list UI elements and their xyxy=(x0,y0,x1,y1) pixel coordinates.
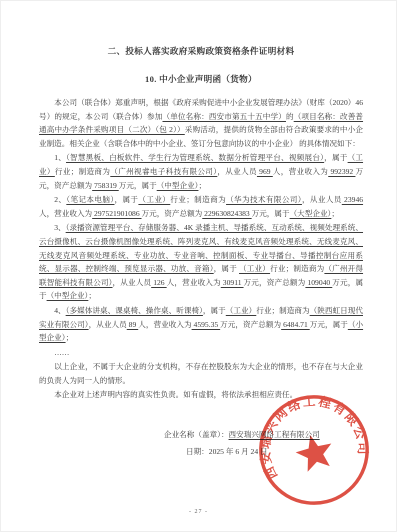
document-content: 二、投标人落实政府采购政策资格条件证明材料 10. 中小企业声明函（货物） 本公… xyxy=(39,45,363,460)
text-segment: 758319 xyxy=(92,181,119,190)
doc-title: 10. 中小企业声明函（货物） xyxy=(39,73,363,85)
text-segment: （中型企业） xyxy=(47,291,89,300)
company-name: 西安瑞兴网络工程有限公司 xyxy=(229,430,320,439)
text-segment: 万元，资产总额为 xyxy=(220,320,281,329)
text-segment: 人，营业收入为 xyxy=(273,167,328,176)
text-segment: （广州视睿电子科技有限公司） xyxy=(110,167,217,176)
date-line: 日期：2025 年 6 月 24 日 xyxy=(164,443,363,460)
text-segment: （多媒体讲桌、课桌椅、操作桌、听课椅） xyxy=(66,306,203,315)
text-segment: （单位名称：西安市第五十五中学） xyxy=(162,112,285,121)
company-name-label: 企业名称（盖章）： xyxy=(164,430,229,439)
text-segment: 969 xyxy=(257,167,273,176)
text-segment: 行业；制造商为 xyxy=(270,264,324,273)
item-paragraph-1: 1、（智慧黑板、白板软件、学生行为管理系统、数据分析管理平台、视频展台），属于（… xyxy=(39,151,363,192)
text-segment: （大型企业） xyxy=(290,209,332,218)
item-paragraph-2: 2、（笔记本电脑），属于（工业）行业；制造商为（华为技术有限公司），从业人员 2… xyxy=(39,193,363,220)
text-segment: ； xyxy=(331,209,339,218)
text-segment: ，从业人员 xyxy=(113,278,152,287)
text-segment: （笔记本电脑） xyxy=(66,195,114,204)
text-segment: 万元，属于 xyxy=(310,320,348,329)
text-segment: ； xyxy=(88,291,96,300)
text-segment: 人，营业收入为 xyxy=(167,278,221,287)
text-segment: 的 xyxy=(286,112,294,121)
text-segment: 2、 xyxy=(54,195,66,204)
item-paragraph-4: 4、（多媒体讲桌、课桌椅、操作桌、听课椅），属于（工业）行业；制造商为（陕西虹日… xyxy=(39,304,363,345)
signature-block: 企业名称（盖章）：西安瑞兴网络工程有限公司 日期：2025 年 6 月 24 日 xyxy=(39,426,363,460)
ellipsis-line: …… xyxy=(39,346,363,360)
text-segment: 109040 xyxy=(305,278,332,287)
text-segment: ，属于 xyxy=(214,264,239,273)
text-segment: 人，营业收入为 xyxy=(138,320,191,329)
text-segment: 万元，资产总额为 xyxy=(244,278,306,287)
text-segment: 万元，资产总额为 xyxy=(142,209,203,218)
text-segment: 4595.35 xyxy=(192,320,221,329)
text-segment: 89 xyxy=(127,320,138,329)
closing-paragraph-1: 以上企业，不属于大企业的分支机构，不存在控股股东为大企业的情形，也不存在与大企业… xyxy=(39,360,363,387)
text-segment: 行业；制造商为 xyxy=(55,167,110,176)
text-segment: （工业） xyxy=(239,264,270,273)
text-segment: ； xyxy=(66,333,74,342)
item-paragraph-3: 3、（录播资源管理平台、存储服务器、4K 录播主机、导播系统、互动系统、视频处理… xyxy=(39,221,363,303)
text-segment: 人，营业收入为 xyxy=(39,209,92,218)
text-segment: 6484.71 xyxy=(281,320,310,329)
page-number: - 27 - xyxy=(1,509,396,515)
text-segment: 23946 xyxy=(342,195,363,204)
text-segment: ，从业人员 xyxy=(302,195,342,204)
text-segment: （中型企业） xyxy=(157,181,199,190)
text-segment: 992392 xyxy=(328,167,355,176)
text-segment: 行业；制造商为 xyxy=(256,306,309,315)
text-segment: 3、 xyxy=(54,223,65,232)
text-segment: 30911 xyxy=(221,278,244,287)
text-segment: ，从业人员 xyxy=(217,167,257,176)
date-label: 日期： xyxy=(186,447,209,456)
text-segment: 126 xyxy=(151,278,166,287)
text-segment: 万元，属于 xyxy=(252,209,290,218)
closing-paragraph-2: 本企业对上述声明内容的真实性负责。如有虚假，将依法承担相应责任。 xyxy=(39,388,363,402)
text-segment: ，属于 xyxy=(115,195,139,204)
text-segment: 1、 xyxy=(54,153,66,162)
document-page: 二、投标人落实政府采购政策资格条件证明材料 10. 中小企业声明函（货物） 本公… xyxy=(0,0,397,532)
company-name-line: 企业名称（盖章）：西安瑞兴网络工程有限公司 xyxy=(164,426,363,443)
text-segment: ； xyxy=(198,181,206,190)
text-segment: ，属于 xyxy=(324,153,347,162)
date-value: 2025 年 6 月 24 日 xyxy=(209,447,268,456)
text-segment: （智慧黑板、白板软件、学生行为管理系统、数据分析管理平台、视频展台） xyxy=(66,153,324,162)
text-segment: 229630824383 xyxy=(202,209,251,218)
text-segment: （工业） xyxy=(138,195,170,204)
text-segment: ，从业人员 xyxy=(89,320,127,329)
text-segment: 297521901086 xyxy=(92,209,141,218)
text-segment: 万元，属于 xyxy=(119,181,157,190)
text-segment: （工业） xyxy=(226,306,257,315)
intro-paragraph: 本公司（联合体）郑重声明，根据《政府采购促进中小企业发展管理办法》（财库（202… xyxy=(39,96,363,150)
text-segment: 4、 xyxy=(54,306,65,315)
section-title: 二、投标人落实政府采购政策资格条件证明材料 xyxy=(39,45,363,57)
text-segment: ，属于 xyxy=(203,306,226,315)
text-segment: 行业；制造商为 xyxy=(170,195,226,204)
text-segment: （华为技术有限公司） xyxy=(226,195,302,204)
